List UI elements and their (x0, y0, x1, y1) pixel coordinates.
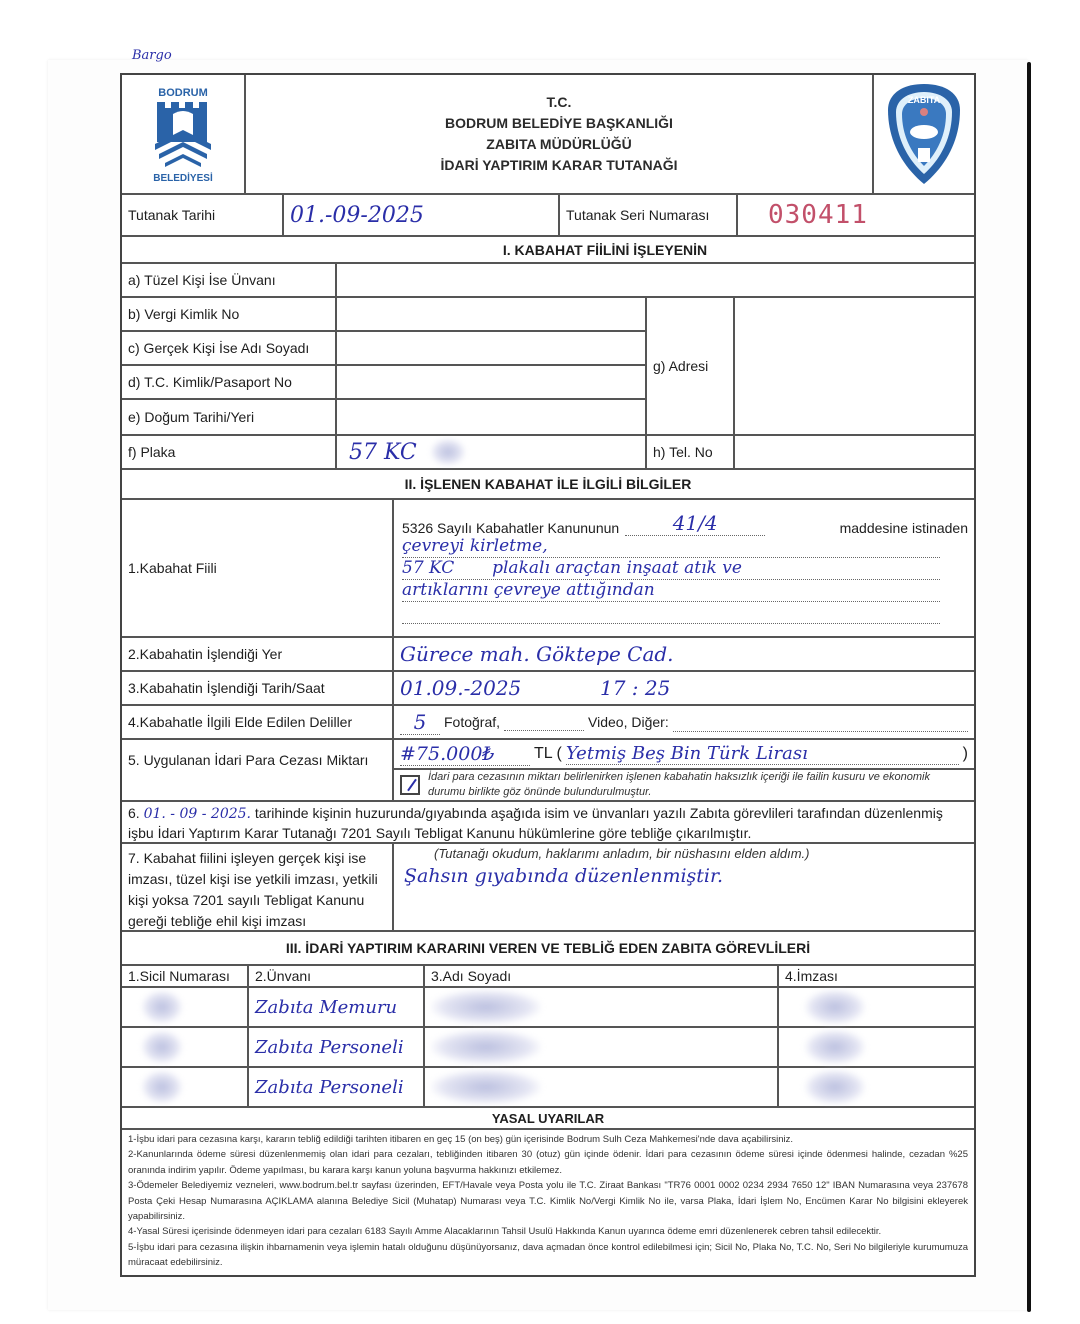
legal-item-5: 5-İşbu idari para cezasına ilişkin ihbar… (128, 1240, 968, 1271)
field-e-value[interactable] (337, 400, 645, 434)
act-row: 1.Kabahat Fiili 5326 Sayılı Kabahatler K… (122, 500, 974, 638)
field-b-label: b) Vergi Kimlik No (122, 298, 337, 330)
field-f-label: f) Plaka (122, 436, 337, 468)
officer-title[interactable]: Zabıta Personeli (249, 1068, 425, 1106)
officers-table-header: 1.Sicil Numarası 2.Ünvanı 3.Adı Soyadı 4… (122, 966, 974, 988)
evidence-field[interactable]: 5 Fotoğraf, Video, Diğer: (394, 706, 974, 738)
evidence-video-label: Video, Diğer: (588, 714, 669, 730)
fine-row: 5. Uygulanan İdari Para Cezası Miktarı #… (122, 740, 974, 802)
redacted-signature-blur (805, 1030, 865, 1064)
section3-header: III. İDARİ YAPTIRIM KARARINI VEREN VE TE… (122, 932, 974, 966)
officer-sicil[interactable] (122, 988, 249, 1026)
redacted-sicil-blur (142, 1071, 182, 1103)
legal-item-3: 3-Ödemeler Belediyemiz vezneleri, www.bo… (128, 1178, 968, 1224)
identity-fields: b) Vergi Kimlik No c) Gerçek Kişi İse Ad… (122, 298, 647, 434)
legal-item-1: 1-İşbu idari para cezasına karşı, kararı… (128, 1132, 968, 1147)
meta-row: Tutanak Tarihi 01.-09-2025 Tutanak Seri … (122, 195, 974, 237)
fine-close-paren: ) (963, 745, 968, 763)
field-row-f: f) Plaka 57 KC h) Tel. No (122, 436, 974, 470)
field-g-label: g) Adresi (647, 298, 735, 434)
field-h-label: h) Tel. No (647, 436, 735, 468)
field-row-a: a) Tüzel Kişi İse Ünvanı (122, 264, 974, 298)
date-field[interactable]: 01.-09-2025 (284, 195, 560, 235)
fine-note-line: İdari para cezasının miktarı belirlenirk… (394, 770, 974, 800)
fine-amount: #75.000₺ (400, 743, 530, 766)
col-title: 2.Ünvanı (249, 966, 425, 986)
bodrum-castle-logo-icon: BODRUM BELEDİYESİ (143, 84, 223, 184)
officer-sicil[interactable] (122, 1068, 249, 1106)
field-row-d: d) T.C. Kimlik/Pasaport No (122, 366, 645, 400)
officer-name[interactable] (425, 1028, 779, 1066)
notification-date[interactable]: 01. - 09 - 2025. (144, 806, 251, 822)
signature-value: Şahsın gıyabında düzenlenmiştir. (404, 865, 723, 887)
form-title-block: T.C. BODRUM BELEDİYE BAŞKANLIĞI ZABITA M… (246, 75, 874, 193)
municipality-logo: BODRUM BELEDİYESİ (122, 75, 246, 193)
date-label: Tutanak Tarihi (122, 195, 284, 235)
top-handwritten-note: Bargo (132, 48, 172, 63)
redacted-name-blur (431, 1030, 541, 1064)
field-c-label: c) Gerçek Kişi İse Adı Soyadı (122, 332, 337, 364)
datetime-label: 3.Kabahatin İşlendiği Tarih/Saat (122, 672, 394, 704)
fine-considered-checkbox[interactable] (400, 775, 420, 795)
fine-label: 5. Uygulanan İdari Para Cezası Miktarı (122, 740, 394, 800)
legal-item-4: 4-Yasal Süresi içerisinde ödenmeyen idar… (128, 1224, 968, 1239)
field-b-value[interactable] (337, 298, 645, 330)
evidence-photo-count: 5 (400, 710, 440, 735)
svg-text:BODRUM: BODRUM (158, 87, 208, 99)
officer-signature[interactable] (779, 1028, 974, 1066)
zabita-badge: ZABITA (874, 75, 974, 193)
form-header: BODRUM BELEDİYESİ T.C. BODRUM BELEDİYE B… (122, 75, 974, 195)
act-label: 1.Kabahat Fiili (122, 500, 394, 636)
notification-prefix: 6. (128, 805, 140, 821)
officer-signature[interactable] (779, 1068, 974, 1106)
offender-signature-row: 7. Kabahat fiilini işleyen gerçek kişi i… (122, 844, 974, 932)
officer-name[interactable] (425, 988, 779, 1026)
evidence-video-count (504, 714, 584, 731)
field-d-label: d) T.C. Kimlik/Pasaport No (122, 366, 337, 398)
section1-title: I. KABAHAT FİİLİNİ İŞLEYENİN (122, 237, 974, 262)
act-law-prefix: 5326 Sayılı Kabahatler Kanununun (402, 520, 619, 536)
offense-time: 17 : 25 (600, 676, 670, 700)
officer-row: Zabıta Personeli (122, 1028, 974, 1068)
act-line-2: 57 KC plakalı araçtan inşaat atık ve (402, 558, 940, 580)
legal-item-2: 2-Kanunlarında ödeme süresi düzenlenmemi… (128, 1147, 968, 1178)
col-name: 3.Adı Soyadı (425, 966, 779, 986)
svg-text:BELEDİYESİ: BELEDİYESİ (153, 171, 213, 184)
section2-header: II. İŞLENEN KABAHAT İLE İLGİLİ BİLGİLER (122, 470, 974, 500)
act-line-4 (402, 602, 940, 624)
field-row-c: c) Gerçek Kişi İse Adı Soyadı (122, 332, 645, 366)
legal-header: YASAL UYARILAR (122, 1108, 974, 1130)
offender-signature-label: 7. Kabahat fiilini işleyen gerçek kişi i… (122, 844, 394, 930)
act-law-suffix: maddesine istinaden (771, 520, 968, 536)
place-field[interactable]: Gürece mah. Göktepe Cad. (394, 638, 974, 670)
section1-header: I. KABAHAT FİİLİNİ İŞLEYENİN (122, 237, 974, 264)
notification-text-block: 6. 01. - 09 - 2025. tarihinde kişinin hu… (122, 802, 974, 842)
signature-note: (Tutanağı okudum, haklarımı anladım, bir… (404, 846, 810, 861)
officer-title[interactable]: Zabıta Personeli (249, 1028, 425, 1066)
act-line-1: çevreyi kirletme, (402, 536, 940, 558)
offense-date: 01.09.-2025 (400, 676, 600, 700)
act-line-3: artıklarını çevreye attığından (402, 580, 940, 602)
svg-text:ZABITA: ZABITA (908, 95, 941, 105)
offender-signature-field[interactable]: (Tutanağı okudum, haklarımı anladım, bir… (394, 844, 974, 930)
field-d-value[interactable] (337, 366, 645, 398)
field-row-b: b) Vergi Kimlik No (122, 298, 645, 332)
redacted-name-blur (431, 990, 541, 1024)
section2-title: II. İŞLENEN KABAHAT İLE İLGİLİ BİLGİLER (122, 470, 974, 498)
datetime-row: 3.Kabahatin İşlendiği Tarih/Saat 01.09.-… (122, 672, 974, 706)
officer-sicil[interactable] (122, 1028, 249, 1066)
penalty-form: BODRUM BELEDİYESİ T.C. BODRUM BELEDİYE B… (120, 73, 976, 1277)
serial-label: Tutanak Seri Numarası (560, 195, 738, 235)
officer-signature[interactable] (779, 988, 974, 1026)
evidence-row: 4.Kabahatle İlgili Elde Edilen Deliller … (122, 706, 974, 740)
place-row: 2.Kabahatin İşlendiği Yer Gürece mah. Gö… (122, 638, 974, 672)
redacted-plate-blur (431, 439, 465, 465)
fine-note: İdari para cezasının miktarı belirlenirk… (428, 770, 968, 800)
field-a-value[interactable] (337, 264, 974, 296)
redacted-name-blur (431, 1070, 541, 1104)
field-row-e: e) Doğum Tarihi/Yeri (122, 400, 645, 434)
title-tc: T.C. (547, 92, 572, 113)
officer-title[interactable]: Zabıta Memuru (249, 988, 425, 1026)
legal-title: YASAL UYARILAR (122, 1108, 974, 1128)
redacted-sicil-blur (142, 1031, 182, 1063)
field-e-label: e) Doğum Tarihi/Yeri (122, 400, 337, 434)
datetime-field[interactable]: 01.09.-2025 17 : 25 (394, 672, 974, 704)
fine-amount-line[interactable]: #75.000₺ TL ( Yetmiş Beş Bin Türk Lirası… (394, 740, 974, 770)
act-description[interactable]: 5326 Sayılı Kabahatler Kanununun 41/4 ma… (394, 500, 974, 636)
officer-row: Zabıta Memuru (122, 988, 974, 1028)
field-a-label: a) Tüzel Kişi İse Ünvanı (122, 264, 337, 296)
act-article: 41/4 (625, 511, 765, 536)
zabita-badge-icon: ZABITA (882, 80, 966, 188)
officer-name[interactable] (425, 1068, 779, 1106)
legal-warnings: 1-İşbu idari para cezasına karşı, kararı… (122, 1130, 974, 1275)
fine-field: #75.000₺ TL ( Yetmiş Beş Bin Türk Lirası… (394, 740, 974, 800)
officer-row: Zabıta Personeli (122, 1068, 974, 1108)
fine-amount-words: Yetmiş Beş Bin Türk Lirası (566, 743, 959, 765)
field-c-value[interactable] (337, 332, 645, 364)
serial-number: 030411 (738, 195, 974, 235)
col-signature: 4.İmzası (779, 966, 974, 986)
page-edge (1027, 62, 1031, 1312)
col-sicil: 1.Sicil Numarası (122, 966, 249, 986)
fine-currency: TL ( (534, 745, 562, 763)
redacted-signature-blur (805, 990, 865, 1024)
plate-field[interactable]: 57 KC (337, 436, 647, 468)
title-municipality: BODRUM BELEDİYE BAŞKANLIĞI (445, 113, 673, 134)
act-law-line: 5326 Sayılı Kabahatler Kanununun 41/4 ma… (402, 510, 968, 536)
title-document: İDARİ YAPTIRIM KARAR TUTANAĞI (441, 155, 678, 176)
field-h-value[interactable] (735, 436, 974, 468)
section3-title: III. İDARİ YAPTIRIM KARARINI VEREN VE TE… (122, 932, 974, 964)
place-label: 2.Kabahatin İşlendiği Yer (122, 638, 394, 670)
plate-value: 57 KC (349, 440, 417, 465)
identity-block: b) Vergi Kimlik No c) Gerçek Kişi İse Ad… (122, 298, 974, 436)
evidence-label: 4.Kabahatle İlgili Elde Edilen Deliller (122, 706, 394, 738)
title-department: ZABITA MÜDÜRLÜĞÜ (486, 134, 631, 155)
field-g-value[interactable] (735, 298, 974, 434)
evidence-other-field (673, 713, 968, 732)
notification-text: tarihinde kişinin huzurunda/gıyabında aş… (128, 805, 943, 841)
notification-row: 6. 01. - 09 - 2025. tarihinde kişinin hu… (122, 802, 974, 844)
redacted-signature-blur (805, 1070, 865, 1104)
evidence-photo-label: Fotoğraf, (444, 714, 500, 730)
redacted-sicil-blur (142, 991, 182, 1023)
